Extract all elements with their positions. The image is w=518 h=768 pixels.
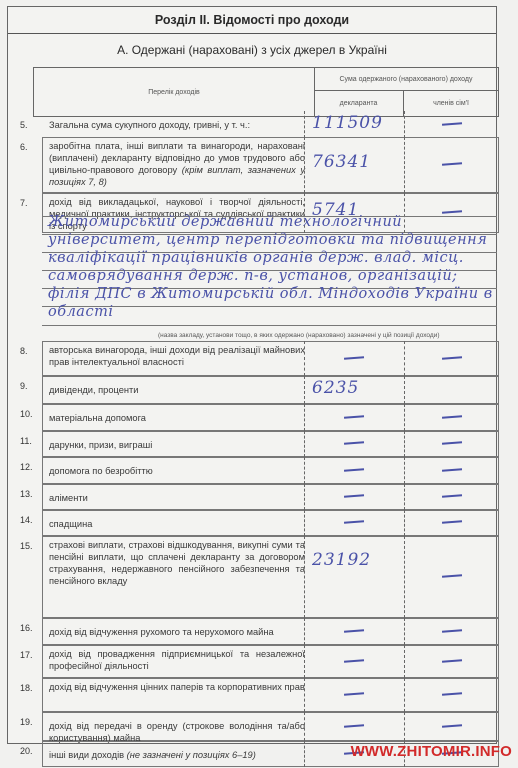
column-divider xyxy=(404,111,405,138)
row-number: 20. xyxy=(20,746,40,756)
section-title: Розділ ІІ. Відомості про доходи xyxy=(8,7,496,34)
row-label: матеріальна допомога xyxy=(49,412,305,424)
row-label: дарунки, призи, виграші xyxy=(49,439,305,451)
row-label: заробітна плата, інші виплати та винагор… xyxy=(49,140,305,188)
column-divider xyxy=(304,645,305,678)
column-divider xyxy=(304,510,305,536)
column-divider xyxy=(404,404,405,431)
column-divider xyxy=(304,484,305,510)
table-row: 16.дохід від відчуження рухомого та неру… xyxy=(8,618,499,645)
declarant-value: 76341 xyxy=(312,152,371,172)
table-row: 12.допомога по безробіттю xyxy=(8,457,499,484)
column-divider xyxy=(304,741,305,767)
row-number: 8. xyxy=(20,346,40,356)
row-number: 11. xyxy=(20,436,40,446)
column-divider xyxy=(404,536,405,618)
row-label: Загальна сума сукупного доходу, гривні, … xyxy=(49,119,305,131)
header-income-list: Перелік доходів xyxy=(34,68,315,116)
column-divider xyxy=(404,618,405,645)
column-divider xyxy=(304,678,305,712)
column-divider xyxy=(304,137,305,193)
column-divider xyxy=(404,137,405,193)
table-row: 18.дохід від відчуження цінних паперів т… xyxy=(8,678,499,712)
column-divider xyxy=(304,341,305,376)
row-label: дивіденди, проценти xyxy=(49,384,305,396)
table-row: 17.дохід від провадження підприємницької… xyxy=(8,645,499,678)
row-number: 7. xyxy=(20,198,40,208)
row-label: страхові виплати, страхові відшкодування… xyxy=(49,539,305,587)
family-dash xyxy=(441,122,461,125)
column-divider xyxy=(404,645,405,678)
row-label: дохід від відчуження рухомого та нерухом… xyxy=(49,626,305,638)
row-number: 9. xyxy=(20,381,40,391)
row-number: 12. xyxy=(20,462,40,472)
row-number: 17. xyxy=(20,650,40,660)
declarant-value: 111509 xyxy=(312,113,383,133)
row-label: дохід від відчуження цінних паперів та к… xyxy=(49,681,305,693)
table-row: 14.спадщина xyxy=(8,510,499,536)
row-number: 10. xyxy=(20,409,40,419)
row-number: 5. xyxy=(20,120,40,130)
column-divider xyxy=(404,431,405,457)
declarant-value: 23192 xyxy=(312,550,371,570)
table-row: 6.заробітна плата, інші виплати та винаг… xyxy=(8,137,499,193)
table-row: 10.матеріальна допомога xyxy=(8,404,499,431)
column-divider xyxy=(304,111,305,138)
row-number: 16. xyxy=(20,623,40,633)
section-subtitle: А. Одержані (нараховані) з усіх джерел в… xyxy=(8,43,496,57)
table-row: 11.дарунки, призи, виграші xyxy=(8,431,499,457)
table-row: 5.Загальна сума сукупного доходу, гривні… xyxy=(8,111,499,138)
table-row: 9.дивіденди, проценти6235 xyxy=(8,376,499,404)
row-label: дохід від провадження підприємницької та… xyxy=(49,648,305,672)
column-divider xyxy=(404,376,405,404)
row-number: 6. xyxy=(20,142,40,152)
column-divider xyxy=(404,457,405,484)
column-divider xyxy=(304,712,305,741)
row-label: допомога по безробіттю xyxy=(49,465,305,477)
column-divider xyxy=(304,376,305,404)
header-sum: Сума одержаного (нарахованого) доходу xyxy=(314,68,498,91)
table-row: 19.дохід від передачі в оренду (строкове… xyxy=(8,712,499,741)
column-divider xyxy=(404,341,405,376)
row-number: 19. xyxy=(20,717,40,727)
employer-handwritten: Житомирський державний технологічний уні… xyxy=(48,213,503,321)
row-label: авторська винагорода, інші доходи від ре… xyxy=(49,344,305,368)
row-number: 15. xyxy=(20,541,40,551)
column-divider xyxy=(404,678,405,712)
column-divider xyxy=(304,536,305,618)
row-label: спадщина xyxy=(49,518,305,530)
declaration-page: Розділ ІІ. Відомості про доходи А. Одерж… xyxy=(7,6,497,744)
row-label: інші види доходів (не зазначені у позиці… xyxy=(49,749,305,761)
column-divider xyxy=(404,510,405,536)
column-divider xyxy=(404,484,405,510)
declarant-value: 6235 xyxy=(312,378,359,398)
column-divider xyxy=(404,712,405,741)
table-header: Перелік доходів Сума одержаного (нарахов… xyxy=(33,67,499,117)
employer-caption: (назва закладу, установи тощо, в яких од… xyxy=(158,332,440,339)
row-number: 14. xyxy=(20,515,40,525)
table-row: 8.авторська винагорода, інші доходи від … xyxy=(8,341,499,376)
table-row: 13.аліменти xyxy=(8,484,499,510)
site-watermark: WWW.ZHITOMIR.INFO xyxy=(351,743,512,760)
column-divider xyxy=(304,618,305,645)
column-divider xyxy=(304,457,305,484)
table-row: 15.страхові виплати, страхові відшкодува… xyxy=(8,536,499,618)
column-divider xyxy=(304,404,305,431)
row-number: 13. xyxy=(20,489,40,499)
row-number: 18. xyxy=(20,683,40,693)
row-label: аліменти xyxy=(49,492,305,504)
column-divider xyxy=(304,431,305,457)
